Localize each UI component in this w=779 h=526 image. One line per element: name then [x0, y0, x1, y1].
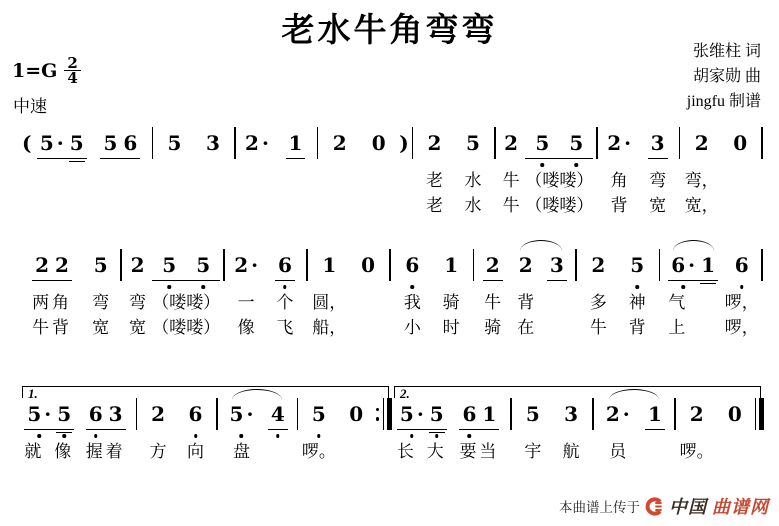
time-signature: 2 4	[64, 56, 80, 85]
note: 2	[330, 131, 350, 155]
barline	[152, 127, 154, 159]
note: 2	[516, 253, 536, 277]
note-digit: 5	[103, 131, 117, 155]
lyric-syllable	[653, 441, 657, 463]
augmentation-dot: ·	[688, 253, 695, 277]
measure: 2牛牛5（喽（喽5喽）喽）	[499, 131, 594, 217]
lyric-syllable: 在	[517, 317, 534, 339]
measure: 6我小1骑时	[394, 253, 470, 339]
barline	[317, 127, 319, 159]
note-digit: 5	[162, 253, 176, 277]
site-logo-icon	[645, 497, 664, 516]
note-digit: 0	[733, 131, 747, 155]
note-column: 2	[321, 131, 358, 217]
composer-credit: 胡家勋 曲	[687, 64, 761, 89]
note-column: 5水水	[455, 131, 491, 217]
lyric-syllable: 牛	[484, 292, 501, 314]
parenthesis: (	[22, 131, 31, 155]
octave-dot-low	[410, 434, 414, 438]
note: 5	[91, 253, 111, 277]
lyric-syllable	[377, 195, 381, 217]
measure: 2 0 )	[321, 131, 408, 217]
barline	[297, 398, 299, 430]
note-column: 1当	[479, 402, 499, 463]
lyric-syllable: 牛	[503, 195, 520, 217]
note-digit: 2	[234, 253, 248, 277]
note-digit: 6	[735, 253, 749, 277]
note-column: 5（喽（喽	[152, 253, 186, 339]
note-column: 5·盘	[227, 402, 257, 463]
note-digit: 5	[630, 253, 644, 277]
measure: 6·气上1 6啰，啰，	[663, 253, 758, 339]
barline	[575, 249, 577, 281]
barline	[510, 398, 512, 430]
lyric-syllable: 神	[629, 292, 646, 314]
lyric-syllable	[555, 317, 559, 339]
note-digit: 5	[430, 402, 444, 426]
note: 0	[346, 402, 366, 426]
note: 5	[525, 131, 559, 155]
lyric-syllable	[738, 195, 742, 217]
note-digit: 1	[322, 253, 336, 277]
score-sheet: 老水牛角弯弯 1=G 2 4 中速 张维柱 词 胡家勋 曲 jingfu 制谱 …	[0, 0, 779, 526]
lyric-syllable	[366, 317, 370, 339]
note: 5	[152, 253, 186, 277]
note: 3	[203, 131, 223, 155]
octave-dot-low	[201, 285, 205, 289]
lyric-syllable: 喽）	[559, 170, 593, 192]
lyric-syllable: 航	[563, 441, 580, 463]
note-column: 5弯宽	[84, 253, 117, 339]
watermark-text: 本曲谱上传于	[559, 496, 640, 516]
lyric-syllable	[377, 170, 381, 192]
octave-dot-low	[681, 285, 685, 289]
note-column: 2角背	[52, 253, 72, 339]
note-column: 2方	[140, 402, 175, 463]
lyric-syllable: 飞	[276, 317, 293, 339]
note-digit: 6	[278, 253, 292, 277]
note-digit: 1	[444, 253, 458, 277]
music-system-1: (5· 5 5 6 5 3 2· 1 2 0 )2老老5水水2牛牛5（喽（喽5喽…	[22, 131, 764, 217]
note: 5·	[227, 402, 257, 426]
note: 3	[561, 402, 581, 426]
measure: 2老老5水水	[416, 131, 491, 217]
note-column: 5喽）喽）	[559, 131, 593, 217]
barline	[389, 249, 391, 281]
lyric-syllable: 着	[106, 441, 126, 463]
lyric-syllable	[37, 170, 67, 192]
music-system-row: 1.5·就5像6握3着2方6向5·盘4 5啰。0 2.5·长5大6要1当5宇3航…	[22, 402, 764, 463]
octave-dot-low	[94, 434, 98, 438]
note-digit: 2	[333, 131, 347, 155]
octave-dot-low	[240, 434, 244, 438]
note-column: 6要	[459, 402, 479, 463]
final-barline	[755, 398, 764, 430]
lyric-syllable: 圆，	[312, 292, 346, 314]
note-digit: 3	[651, 131, 665, 155]
octave-dot-low	[541, 163, 545, 167]
credits: 张维柱 词 胡家勋 曲 jingfu 制谱	[687, 39, 761, 114]
lyric-syllable	[366, 292, 370, 314]
note: 6	[120, 131, 140, 155]
note-digit: 5	[569, 131, 583, 155]
note: 5·	[397, 402, 427, 426]
note-digit: 5	[168, 131, 182, 155]
octave-dot-low	[194, 434, 198, 438]
octave-dot-low	[575, 163, 579, 167]
lyric-syllable	[698, 317, 718, 339]
lyric-syllable: 宽	[92, 317, 109, 339]
note-digit: 5	[230, 402, 244, 426]
lyric-syllable	[276, 441, 280, 463]
note: 6	[402, 253, 422, 277]
note-column: 0	[339, 402, 374, 463]
lyric-syllable	[338, 195, 342, 217]
octave-dot-low	[38, 434, 42, 438]
key-signature: 1=G	[12, 60, 57, 82]
augmentation-dot: ·	[623, 402, 630, 426]
lyric-syllable: 宽，	[685, 195, 719, 217]
lyric-syllable: 两	[32, 292, 52, 314]
repeat-dots	[376, 408, 380, 421]
note-column: 6向	[178, 402, 213, 463]
lyric-syllable	[100, 170, 120, 192]
lyric-syllable	[100, 195, 120, 217]
note-column: 5喽）喽）	[186, 253, 220, 339]
note-digit: 5	[27, 402, 41, 426]
time-signature-denominator: 4	[67, 71, 77, 85]
note-digit: 5	[196, 253, 210, 277]
lyric-syllable	[120, 195, 140, 217]
note-digit: 2	[695, 131, 709, 155]
note-digit: 5	[40, 131, 54, 155]
note-column: 6啰，啰，	[725, 253, 758, 339]
lyric-syllable: 个	[276, 292, 293, 314]
lyric-syllable	[255, 195, 259, 217]
note-column: 2牛骑	[477, 253, 508, 339]
ending-label: 1.	[28, 387, 38, 400]
note-column: 5	[156, 131, 192, 217]
barline	[473, 249, 475, 281]
lyric-syllable: 长	[397, 441, 427, 463]
lyric-syllable: 大	[427, 441, 447, 463]
note-digit: 2	[151, 402, 165, 426]
note-digit: 2	[428, 131, 442, 155]
measure: 2弯宽5（喽（喽5喽）喽）	[125, 253, 220, 339]
note: 5·	[37, 131, 67, 155]
repeat-end-barline	[376, 398, 392, 430]
note: 3	[106, 402, 126, 426]
barline	[120, 249, 122, 281]
note-digit: 6	[89, 402, 103, 426]
note-column: 5像	[54, 402, 74, 463]
lyric-syllable	[738, 170, 742, 192]
lyric-syllable: 宽	[649, 195, 666, 217]
lyric-syllable: 喽）	[186, 292, 220, 314]
octave-dot-low	[435, 434, 439, 438]
barline-thin	[755, 398, 757, 430]
augmentation-dot: ·	[57, 131, 64, 155]
note-digit: 2	[35, 253, 49, 277]
lyric-syllable: 宇	[524, 441, 541, 463]
note: 1	[479, 402, 499, 426]
octave-dot-low	[62, 434, 66, 438]
note: 2	[148, 402, 168, 426]
lyric-syllable: 像	[238, 317, 255, 339]
lyric-syllable: 水	[464, 170, 481, 192]
note: 6·	[668, 253, 698, 277]
note: 6	[86, 402, 106, 426]
lyric-syllable: 一	[238, 292, 255, 314]
note-column: 1	[277, 131, 313, 217]
note: 2	[483, 253, 503, 277]
note: 2	[588, 253, 608, 277]
note-column: 2·一像	[228, 253, 265, 339]
note: 5	[165, 131, 185, 155]
note-digit: 2	[131, 253, 145, 277]
ending-group-2: 2.5·长5大6要1当5宇3航2·员1 2啰。0	[394, 402, 764, 463]
barline	[136, 398, 138, 430]
lyric-syllable: 盘	[233, 441, 250, 463]
beam-group: 5· 5	[33, 131, 90, 217]
lyric-syllable: 啰，	[725, 317, 759, 339]
barline	[494, 127, 496, 159]
note-digit: 5	[57, 402, 71, 426]
note: 3	[547, 253, 567, 277]
lyric-syllable	[211, 195, 215, 217]
lyric-syllable: 牛	[32, 317, 52, 339]
note: 5	[559, 131, 593, 155]
barline	[679, 127, 681, 159]
site-name-red: 曲谱网	[712, 493, 769, 519]
note-digit: 5	[466, 131, 480, 155]
augmentation-dot: ·	[624, 131, 631, 155]
repeat-dot	[376, 408, 380, 412]
octave-dot-low	[468, 434, 472, 438]
measure: (5· 5 5 6	[22, 131, 149, 217]
beam-group: 6·气上1	[668, 253, 718, 339]
note: 0	[725, 402, 745, 426]
note-digit: 5	[526, 402, 540, 426]
octave-dot-low	[283, 285, 287, 289]
octave-dot-low	[276, 434, 280, 438]
parenthesis: )	[399, 131, 408, 155]
lyric-syllable: 向	[187, 441, 204, 463]
measure: 2方6向	[140, 402, 213, 463]
octave-dot-low	[740, 285, 744, 289]
measure: 5宇3航	[515, 402, 589, 463]
lyric-syllable	[255, 170, 259, 192]
note-column: 0	[722, 131, 758, 217]
note-column: 5·	[37, 131, 67, 217]
note: 5	[427, 402, 447, 426]
note-column: 2·	[239, 131, 275, 217]
lyric-syllable: 骑	[443, 292, 460, 314]
note-column: 1	[698, 253, 718, 339]
slur-group: 5·盘4	[221, 402, 294, 463]
measure: 2· 1	[239, 131, 314, 217]
note: 2·	[604, 131, 634, 155]
lyric-syllable: 背	[52, 317, 72, 339]
lyric-syllable: 背	[629, 317, 646, 339]
note-column: 0	[717, 402, 753, 463]
note-digit: 2	[607, 131, 621, 155]
lyric-syllable: 员	[609, 441, 626, 463]
lyric-syllable: 弯	[129, 292, 146, 314]
note-digit: 5	[94, 253, 108, 277]
note-digit: 3	[206, 131, 220, 155]
lyric-syllable: （喽	[525, 195, 559, 217]
note: 6	[275, 253, 295, 277]
measure: 2·角背3弯宽	[601, 131, 676, 217]
measure: 2·员1	[597, 402, 671, 463]
lyric-syllable: 牛	[590, 317, 607, 339]
augmentation-dot: ·	[44, 402, 51, 426]
note-digit: 3	[550, 253, 564, 277]
lyric-syllable	[120, 170, 140, 192]
note: 2·	[603, 402, 633, 426]
note: 1	[286, 131, 306, 155]
lyric-syllable: 上	[668, 317, 698, 339]
note: 0	[369, 131, 389, 155]
note-column: 2老老	[416, 131, 452, 217]
lyric-syllable	[211, 170, 215, 192]
note: 1	[441, 253, 461, 277]
lyric-syllable	[37, 195, 67, 217]
lyric-syllable	[338, 170, 342, 192]
note-digit: 5	[535, 131, 549, 155]
lyric-syllable: 角	[52, 292, 72, 314]
lyric-syllable: 骑	[484, 317, 501, 339]
lyric-syllable: （喽	[152, 317, 186, 339]
note: 1	[698, 253, 718, 277]
lyric-syllable: （喽	[525, 170, 559, 192]
note: 2	[425, 131, 445, 155]
note: 4	[268, 402, 288, 426]
music-system-2: 2两牛2角背5弯宽2弯宽5（喽（喽5喽）喽）2·一像6个飞1圆，船，0 6我小1…	[22, 253, 764, 339]
tempo-marking: 中速	[13, 92, 47, 117]
lyric-syllable: 小	[404, 317, 421, 339]
note-column: 3	[195, 131, 231, 217]
lyric-syllable: 老	[426, 170, 443, 192]
note-column: 4	[268, 402, 288, 463]
note-digit: 6	[462, 402, 476, 426]
barline	[223, 249, 225, 281]
lyric-syllable	[555, 292, 559, 314]
measure: 5·就5像6握3着	[22, 402, 133, 463]
lyric-syllable	[354, 441, 358, 463]
note-column: 6个飞	[267, 253, 304, 339]
note-column: 2牛牛	[499, 131, 524, 217]
barline	[216, 398, 218, 430]
note: 2·	[231, 253, 261, 277]
lyric-syllable: 水	[464, 195, 481, 217]
note-column: 2啰。	[679, 402, 715, 463]
measure: 2弯，宽，0	[683, 131, 758, 217]
note-column: 0	[350, 253, 387, 339]
barline	[596, 127, 598, 159]
note-digit: 2	[55, 253, 69, 277]
note-column: 2·员	[603, 402, 633, 463]
note: 3	[648, 131, 668, 155]
lyric-syllable: 弯，	[685, 170, 719, 192]
note-digit: 1	[701, 253, 715, 277]
note-column: 6·气上	[668, 253, 698, 339]
beam-group: 5（喽（喽5喽）喽）	[525, 131, 593, 217]
note-column: 6握	[86, 402, 106, 463]
lyric-syllable: 时	[443, 317, 460, 339]
note-digit: 3	[564, 402, 578, 426]
note: 0	[730, 131, 750, 155]
note: 2	[32, 253, 52, 277]
lyric-syllable	[698, 292, 718, 314]
lyric-syllable	[172, 195, 176, 217]
note-column: 5·长	[397, 402, 427, 463]
beam-group: 5·长5大	[394, 402, 450, 463]
note-column: 0	[360, 131, 397, 217]
site-name-dark: 中国	[669, 493, 707, 519]
note-digit: 2	[690, 402, 704, 426]
octave-dot-low	[167, 285, 171, 289]
lyric-syllable: 弯	[649, 170, 666, 192]
lyric-syllable: 当	[479, 441, 499, 463]
measure: 2两牛2角背5弯宽	[22, 253, 117, 339]
lyricist-credit: 张维柱 词	[687, 39, 761, 64]
repeat-dot	[376, 417, 380, 421]
ending-label: 2.	[400, 387, 410, 400]
beam-group: 5 6	[92, 131, 149, 217]
lyric-syllable: 多	[590, 292, 607, 314]
note-digit: 4	[271, 402, 285, 426]
song-title: 老水牛角弯弯	[0, 4, 779, 51]
slur-group: 2·员1	[597, 402, 671, 463]
key-time-signature: 1=G 2 4	[12, 56, 81, 85]
slur-group: 6·气上1	[663, 253, 723, 339]
note: 5·	[24, 402, 54, 426]
lyric-syllable: 握	[86, 441, 106, 463]
measure: 2多牛5神背	[580, 253, 656, 339]
note: 5	[463, 131, 483, 155]
note-digit: 2	[486, 253, 500, 277]
lyric-syllable: 背	[517, 292, 534, 314]
note-digit: 6	[189, 402, 203, 426]
lyric-syllable: 宽	[129, 317, 146, 339]
note-column: 5·就	[24, 402, 54, 463]
barline	[674, 398, 676, 430]
note-digit: 6	[405, 253, 419, 277]
barline	[306, 249, 308, 281]
note: 5	[100, 131, 120, 155]
note-digit: 5	[312, 402, 326, 426]
lyric-syllable: 背	[611, 195, 628, 217]
note: 2	[687, 402, 707, 426]
measure: 5 3	[156, 131, 231, 217]
note: 5	[523, 402, 543, 426]
note-column: 5大	[427, 402, 447, 463]
lyric-syllable: 喽）	[559, 195, 593, 217]
note: 2	[692, 131, 712, 155]
lyric-syllable: 牛	[503, 170, 520, 192]
lyric-syllable: 要	[459, 441, 479, 463]
barline	[412, 127, 414, 159]
augmentation-dot: ·	[262, 131, 269, 155]
note-digit: 0	[349, 402, 363, 426]
lyric-syllable: 弯	[92, 292, 109, 314]
lyric-syllable: 啰，	[725, 292, 759, 314]
note-column: 5神背	[619, 253, 656, 339]
note-column: 5啰。	[301, 402, 336, 463]
note-column: 2·角背	[601, 131, 637, 217]
